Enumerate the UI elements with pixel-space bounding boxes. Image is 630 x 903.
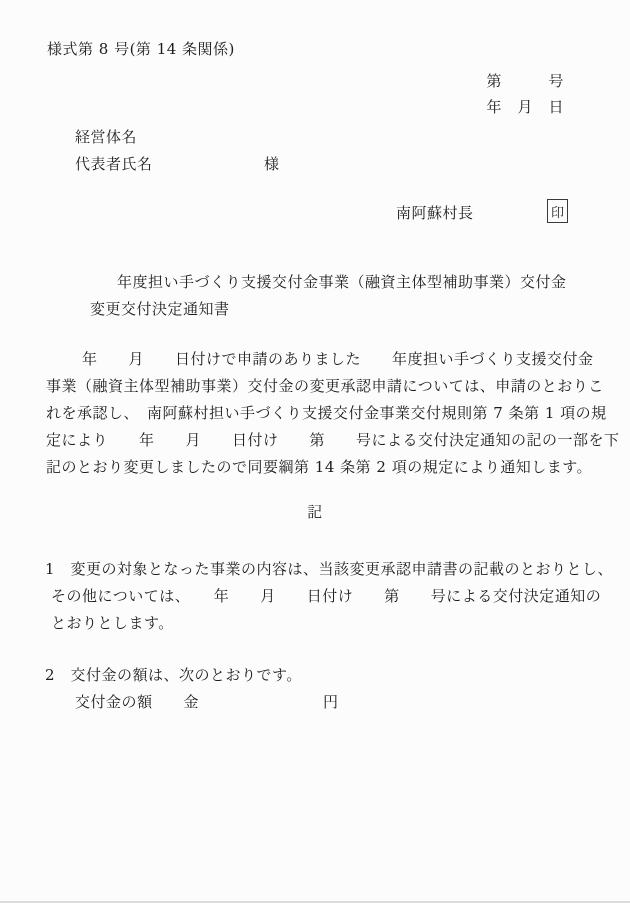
- seal-label: 印: [551, 202, 564, 221]
- body-line: 事業（融資主体型補助事業）交付金の変更承認申請については、申請のとおりこ: [46, 375, 604, 397]
- body-line: 年 月 日付けで申請のありました 年度担い手づくり支援交付金: [82, 348, 594, 370]
- recipient-honorific: 様: [264, 153, 280, 175]
- item-2-line: 2 交付金の額は、次のとおりです。: [45, 664, 302, 686]
- document-title-line-1: 年度担い手づくり支援交付金事業（融資主体型補助事業）交付金: [117, 271, 567, 293]
- seal-stamp-box: 印: [547, 199, 568, 223]
- item-1-line: とおりとします。: [51, 612, 174, 634]
- body-line: れを承認し、 南阿蘇村担い手づくり支援交付金事業交付規則第 7 条第 1 項の規: [46, 402, 607, 424]
- recipient-rep-label: 代表者氏名: [75, 153, 153, 175]
- doc-number-line: 第 号: [486, 70, 564, 92]
- date-line: 年 月 日: [486, 96, 564, 118]
- document-page: 様式第 8 号(第 14 条関係) 第 号 年 月 日 経営体名 代表者氏名 様…: [0, 0, 630, 903]
- body-line: 定により 年 月 日付け 第 号による交付決定通知の記の一部を下: [46, 429, 620, 451]
- body-line: 記のとおり変更しましたので同要綱第 14 条第 2 項の規定により通知します。: [46, 456, 592, 478]
- form-number-label: 様式第 8 号(第 14 条関係): [47, 38, 235, 60]
- item-1-line: その他については、 年 月 日付け 第 号による交付決定通知の: [51, 585, 601, 607]
- item-1-line: 1 変更の対象となった事業の内容は、当該変更承認申請書の記載のとおりとし、: [45, 558, 613, 580]
- recipient-org-label: 経営体名: [75, 126, 137, 148]
- issuer-name: 南阿蘇村長: [396, 202, 474, 224]
- ki-heading: 記: [0, 501, 630, 523]
- document-title-line-2: 変更交付決定通知書: [90, 298, 230, 320]
- item-2-amount-line: 交付金の額 金 円: [75, 691, 339, 713]
